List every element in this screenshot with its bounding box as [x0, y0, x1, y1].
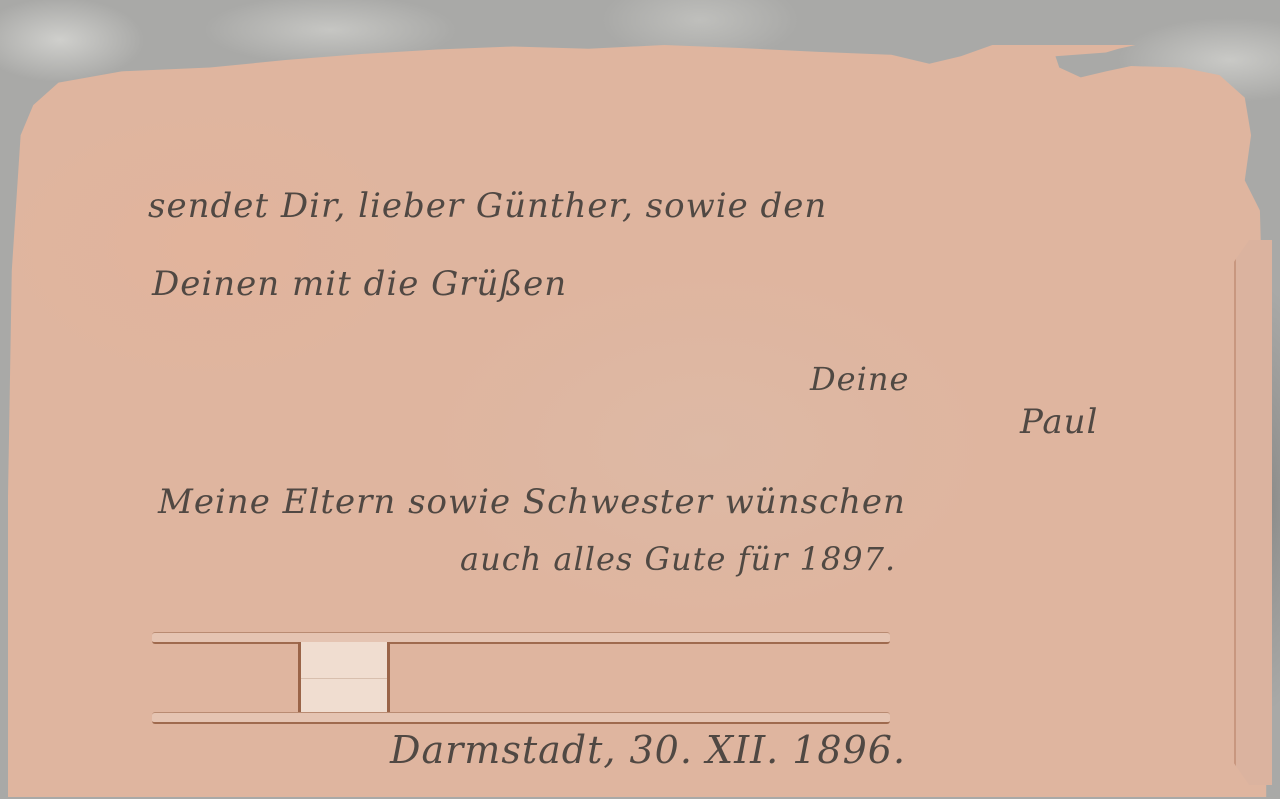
- slot-rail-bottom: [152, 712, 890, 724]
- card-side-flap: [1234, 240, 1272, 785]
- text-line-5: Meine Eltern sowie Schwester wünschen: [158, 482, 906, 522]
- slot-rail-top: [152, 632, 890, 644]
- text-line-1: sendet Dir, lieber Günther, sowie den: [148, 186, 827, 226]
- closing-salutation: Deine: [810, 360, 909, 398]
- text-line-2: Deinen mit die Grüßen: [152, 264, 567, 304]
- signature: Paul: [1020, 402, 1098, 442]
- slot-window: [298, 642, 390, 714]
- card-slot: [152, 632, 890, 724]
- text-line-6: auch alles Gute für 1897.: [460, 540, 896, 578]
- place-and-date: Darmstadt, 30. XII. 1896.: [390, 728, 906, 772]
